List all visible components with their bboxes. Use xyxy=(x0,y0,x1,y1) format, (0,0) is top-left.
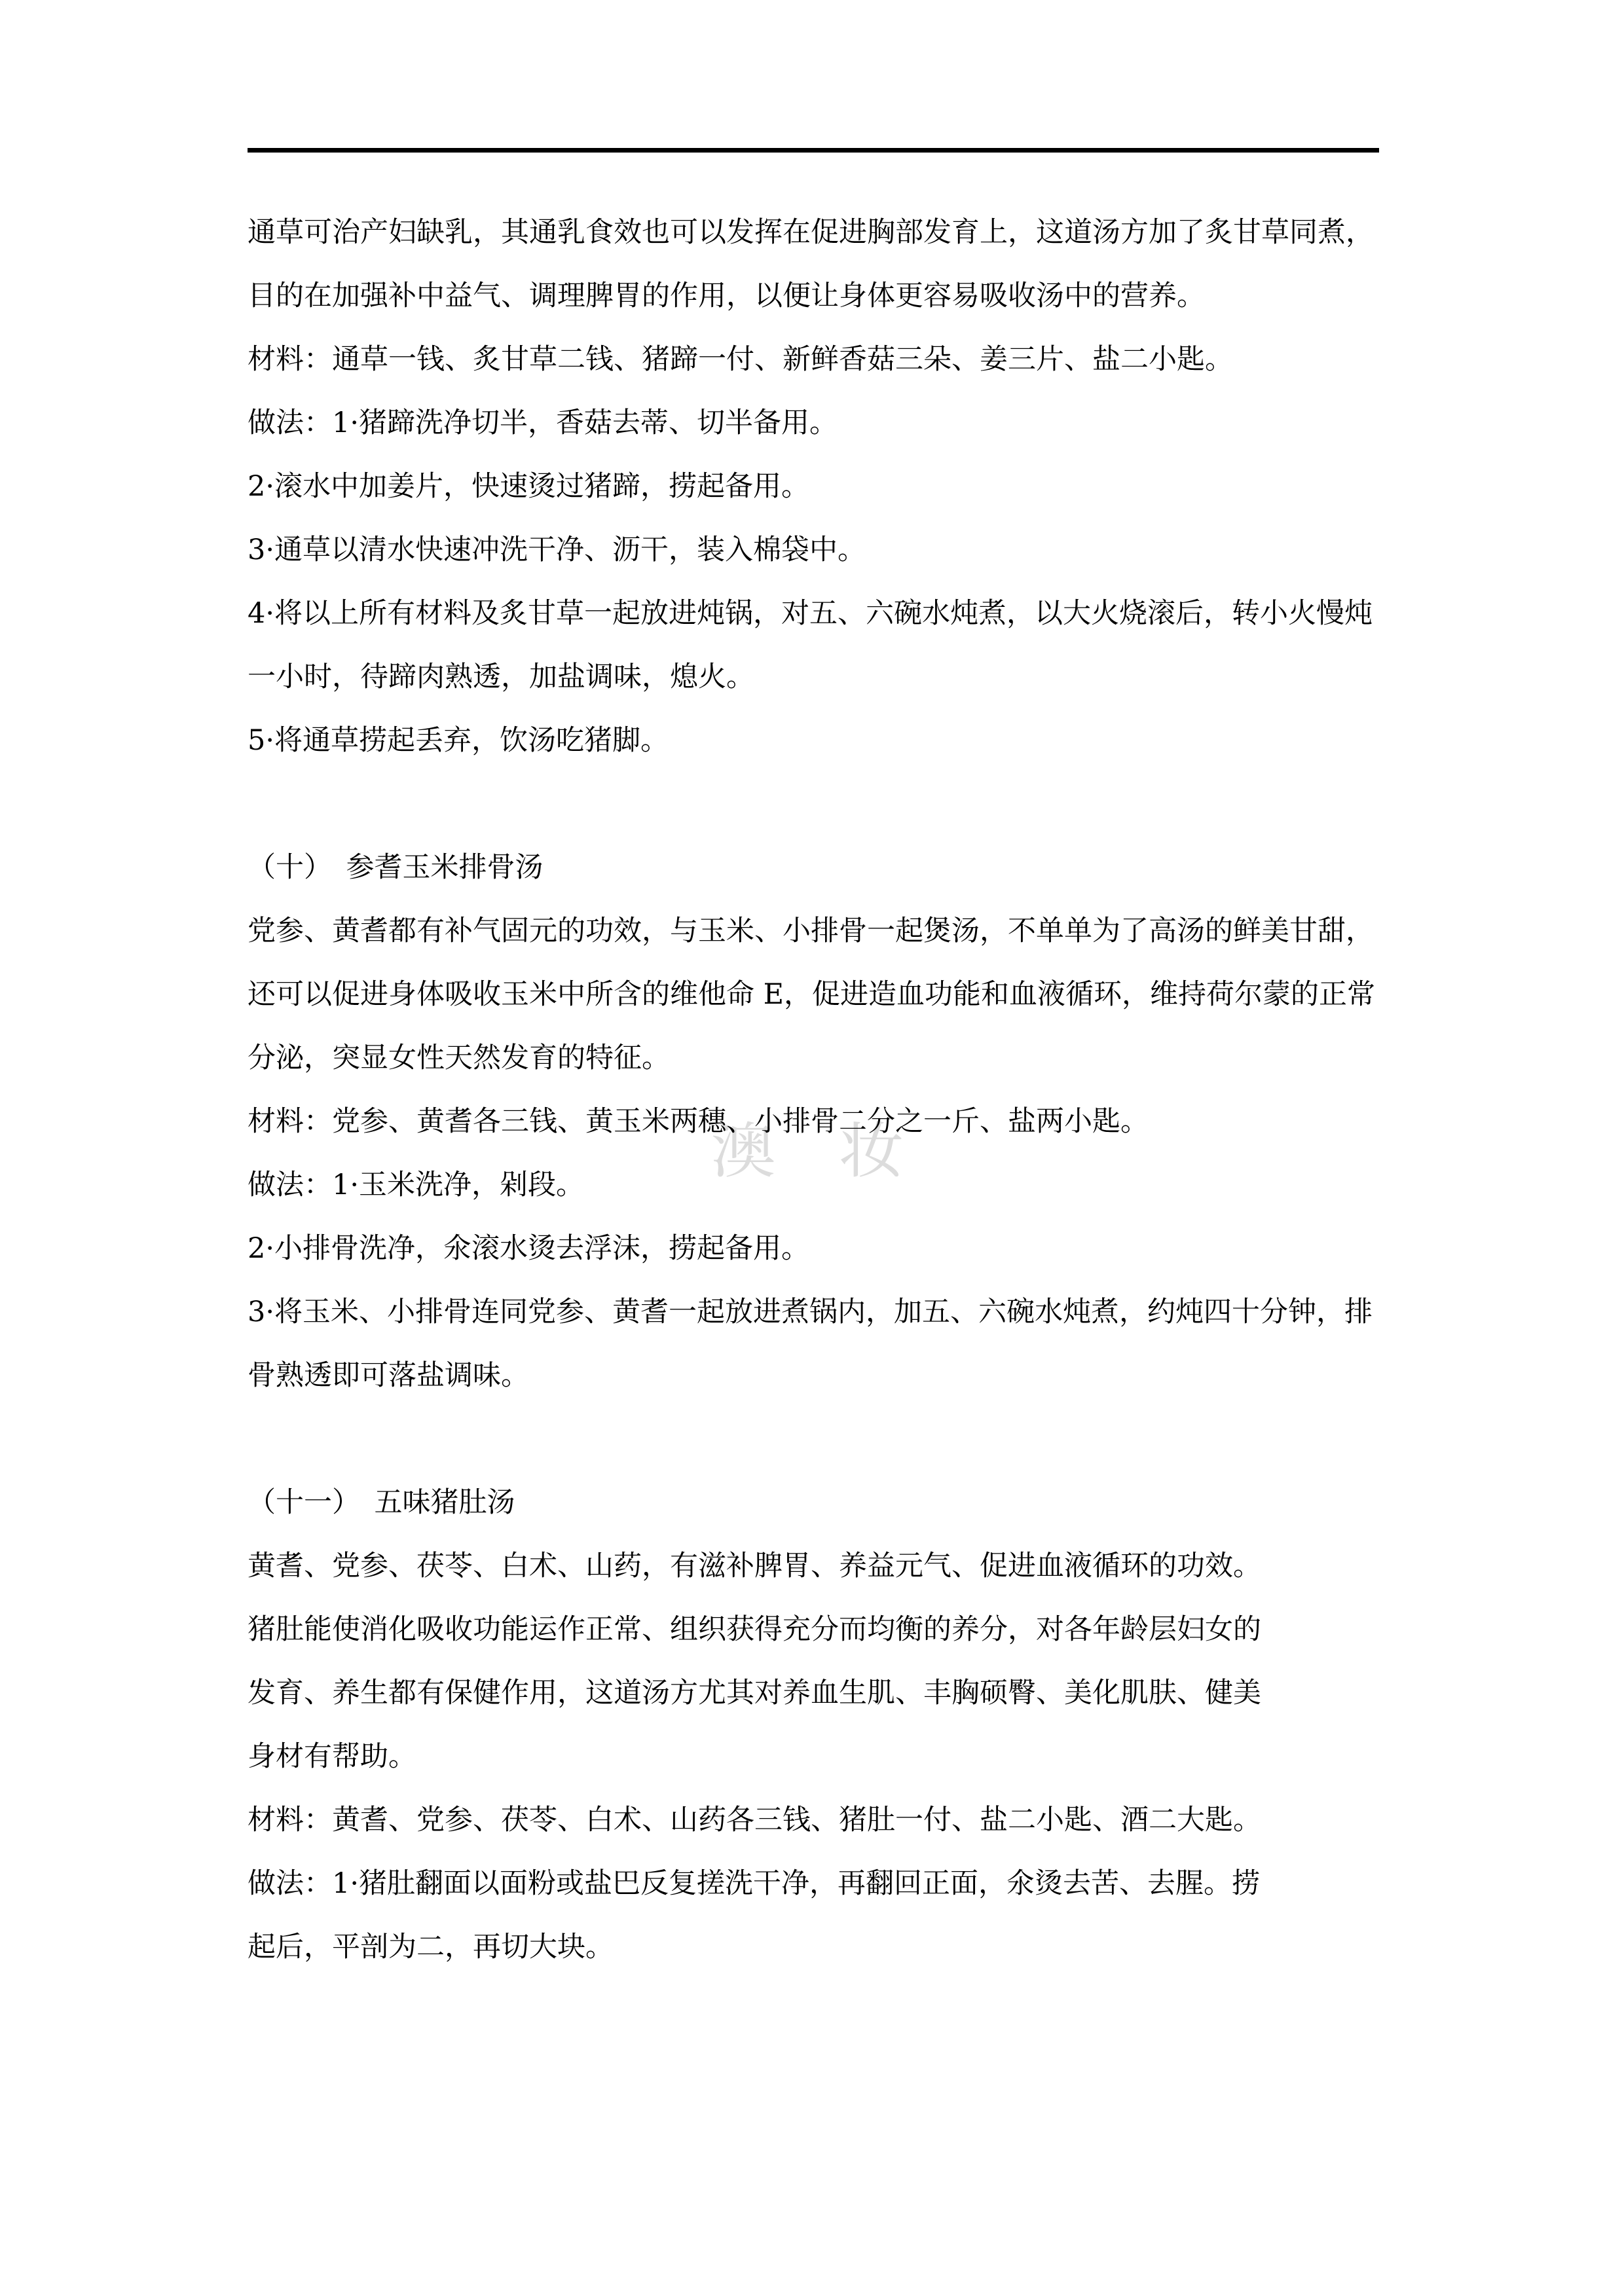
text-line: 骨熟透即可落盐调味。 xyxy=(248,1344,529,1408)
text-line: 还可以促进身体吸收玉米中所含的维他命 E，促进造血功能和血液循环，维持荷尔蒙的正… xyxy=(248,963,1375,1027)
text-line: 做法：1·猪肚翻面以面粉或盐巴反复搓洗干净，再翻回正面，氽烫去苦、去腥。捞 xyxy=(248,1852,1260,1916)
text-line: 猪肚能使消化吸收功能运作正常、组织获得充分而均衡的养分，对各年龄层妇女的 xyxy=(248,1598,1261,1662)
text-line: 5·将通草捞起丢弃，饮汤吃猪脚。 xyxy=(248,709,669,773)
text-line: 身材有帮助。 xyxy=(248,1725,416,1789)
text-line: 通草可治产妇缺乳，其通乳食效也可以发挥在促进胸部发育上，这道汤方加了炙甘草同煮， xyxy=(248,201,1374,264)
text-line: 发育、养生都有保健作用，这道汤方尤其对养血生肌、丰胸硕臀、美化肌肤、健美 xyxy=(248,1662,1261,1725)
section-heading: （十） 参耆玉米排骨汤 xyxy=(248,836,544,900)
text-line: 2·滚水中加姜片，快速烫过猪蹄，捞起备用。 xyxy=(248,455,809,519)
text-line: 3·将玉米、小排骨连同党参、黄耆一起放进煮锅内，加五、六碗水炖煮，约炖四十分钟，… xyxy=(248,1281,1373,1344)
text-line: 起后，平剖为二，再切大块。 xyxy=(248,1916,614,1979)
header-rule xyxy=(248,148,1379,153)
section-heading: （十一） 五味猪肚汤 xyxy=(248,1471,515,1535)
text-line: 材料：通草一钱、炙甘草二钱、猪蹄一付、新鲜香菇三朵、姜三片、盐二小匙。 xyxy=(248,328,1233,392)
text-line: 材料：党参、黄耆各三钱、黄玉米两穗、小排骨二分之一斤、盐两小匙。 xyxy=(248,1090,1149,1154)
text-line: 目的在加强补中益气、调理脾胃的作用，以便让身体更容易吸收汤中的营养。 xyxy=(248,264,1205,328)
text-line: 分泌，突显女性天然发育的特征。 xyxy=(248,1027,670,1090)
text-line: 黄耆、党参、茯苓、白术、山药，有滋补脾胃、养益元气、促进血液循环的功效。 xyxy=(248,1535,1261,1598)
text-line: 党参、黄耆都有补气固元的功效，与玉米、小排骨一起煲汤，不单单为了高汤的鲜美甘甜， xyxy=(248,900,1374,963)
text-line: 4·将以上所有材料及炙甘草一起放进炖锅，对五、六碗水炖煮，以大火烧滚后，转小火慢… xyxy=(248,582,1373,646)
text-line: 2·小排骨洗净，氽滚水烫去浮沫，捞起备用。 xyxy=(248,1217,809,1281)
text-line: 材料：黄耆、党参、茯苓、白术、山药各三钱、猪肚一付、盐二小匙、酒二大匙。 xyxy=(248,1789,1261,1852)
text-line: 做法：1·猪蹄洗净切半，香菇去蒂、切半备用。 xyxy=(248,392,838,455)
text-line: 一小时，待蹄肉熟透，加盐调味，熄火。 xyxy=(248,646,754,709)
text-line: 3·通草以清水快速冲洗干净、沥干，装入棉袋中。 xyxy=(248,519,866,582)
text-line: 做法：1·玉米洗净，剁段。 xyxy=(248,1154,584,1217)
document-page: 澳 妆 通草可治产妇缺乳，其通乳食效也可以发挥在促进胸部发育上，这道汤方加了炙甘… xyxy=(0,0,1624,2296)
text-column: 通草可治产妇缺乳，其通乳食效也可以发挥在促进胸部发育上，这道汤方加了炙甘草同煮，… xyxy=(248,201,1387,2034)
